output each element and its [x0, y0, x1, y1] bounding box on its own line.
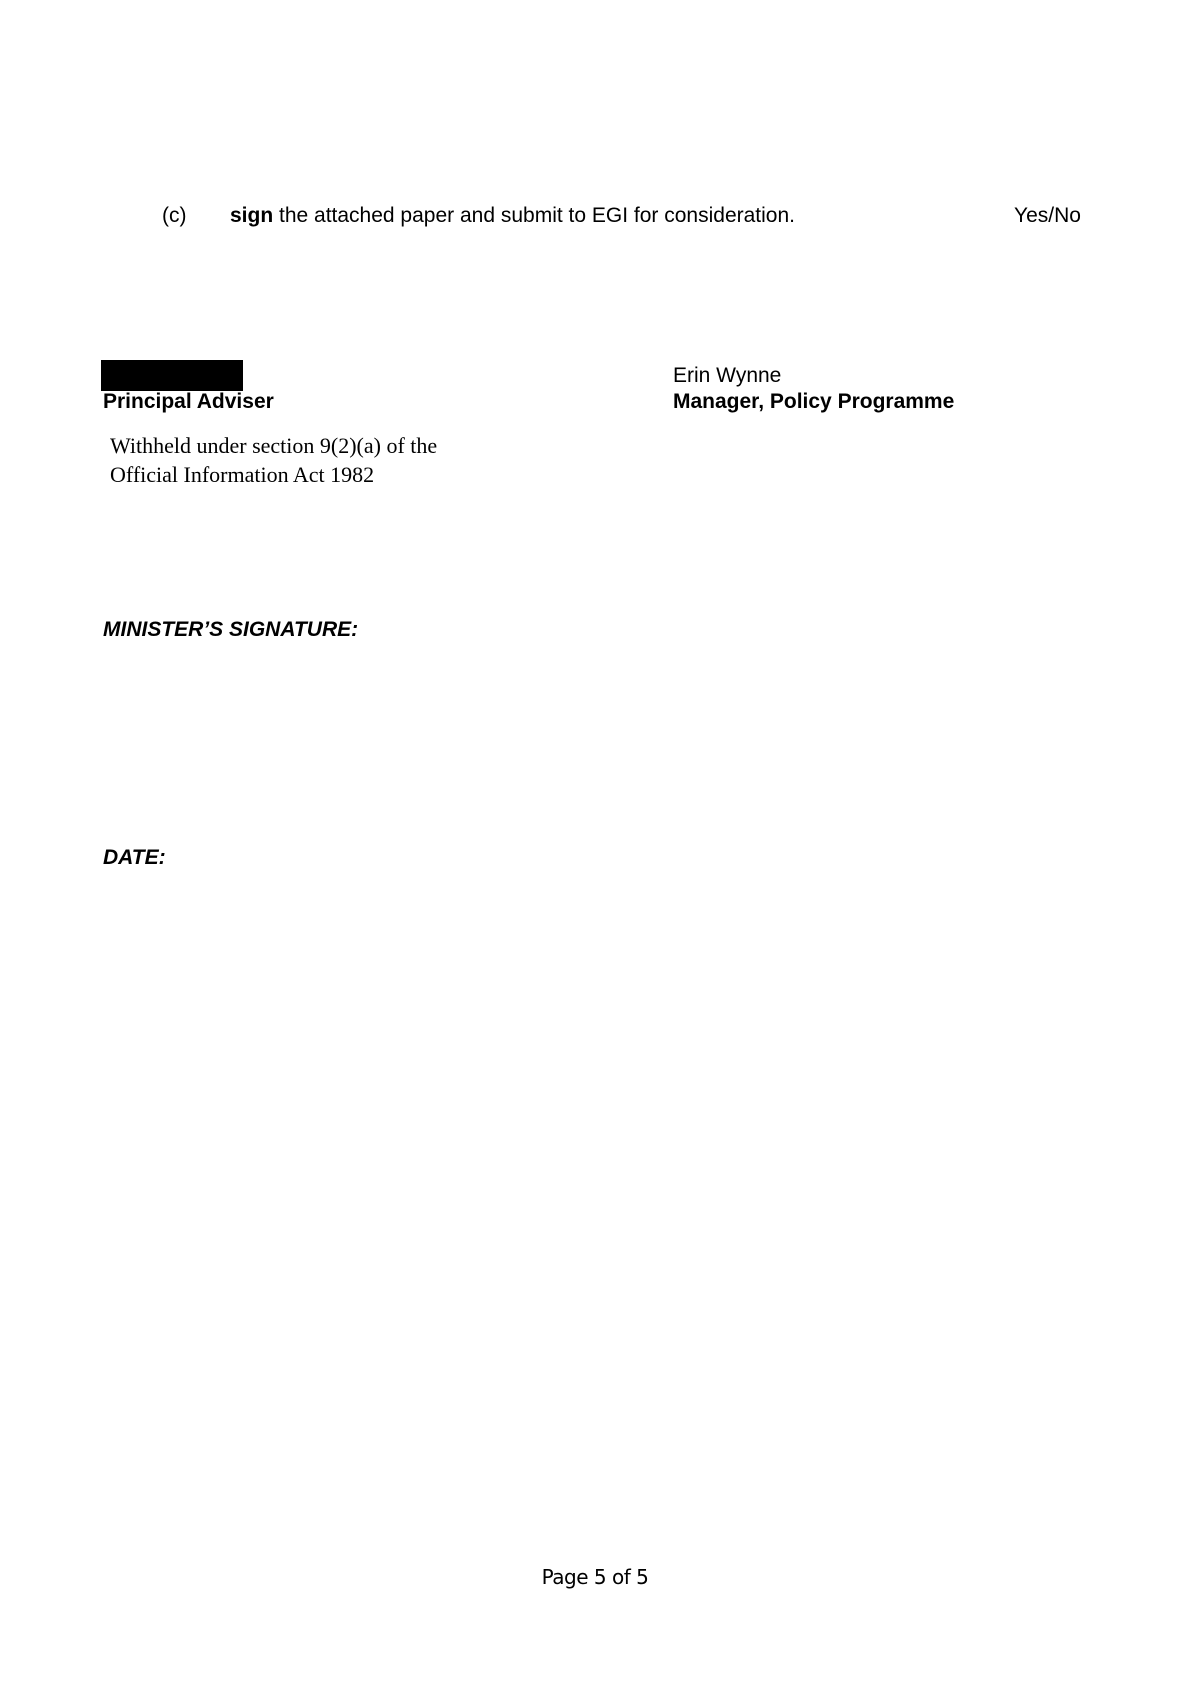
left-signatory-title: Principal Adviser [103, 390, 274, 414]
right-signatory-title: Manager, Policy Programme [673, 390, 954, 414]
right-signatory-name: Erin Wynne [673, 364, 781, 388]
recommendation-label: (c) [162, 204, 187, 228]
withheld-notice-line2: Official Information Act 1982 [110, 460, 437, 489]
date-label: DATE: [103, 846, 166, 870]
recommendation-text: sign the attached paper and submit to EG… [230, 204, 795, 228]
page-number: Page 5 of 5 [0, 1565, 1190, 1589]
redacted-name-block [101, 360, 243, 391]
withheld-notice: Withheld under section 9(2)(a) of the Of… [110, 431, 437, 489]
withheld-notice-line1: Withheld under section 9(2)(a) of the [110, 431, 437, 460]
minister-signature-label: MINISTER’S SIGNATURE: [103, 618, 358, 642]
recommendation-verb: sign [230, 204, 273, 227]
recommendation-answer: Yes/No [1014, 204, 1081, 228]
recommendation-body: the attached paper and submit to EGI for… [273, 204, 795, 227]
